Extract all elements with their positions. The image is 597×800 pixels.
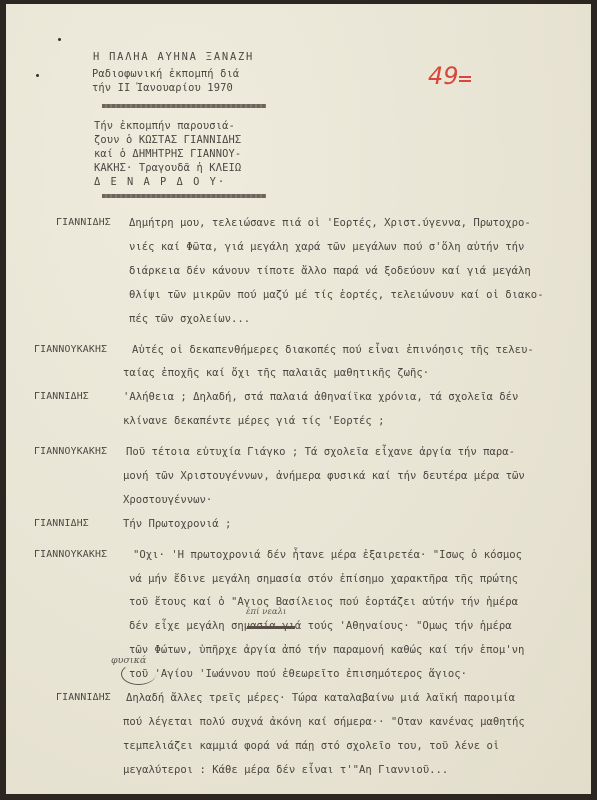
dialogue-line: Τήν Πρωτοχρονιά ; [123, 518, 231, 530]
page-number-underline [459, 80, 471, 82]
handwritten-insert: ἐπί νεαλι [246, 607, 286, 617]
dialogue-line: Αὐτές οἱ δεκαπενθήμερες διακοπές πού εἶν… [132, 344, 534, 356]
speaker-label: ΓΙΑΝΝΟΥΚΑΚΗΣ [34, 549, 107, 560]
margin-note-circle [121, 663, 156, 685]
staple-hole [36, 74, 39, 77]
dialogue-line: "Οχι· 'Η πρωτοχρονιά δέν ἦτανε μέρα ἐξαι… [133, 549, 522, 561]
credits-line: Τήν ἐκπομπήν παρουσιά- [94, 120, 235, 134]
dialogue-line: Δηλαδή ἄλλες τρεῖς μέρες· Τώρα καταλαβαί… [126, 692, 515, 704]
dialogue-line: 'Αλήθεια ; Δηλαδή, στά παλαιά ἀθηναίϊκα … [123, 391, 518, 403]
speaker-label: ΓΙΑΝΝΙΔΗΣ [34, 391, 89, 402]
dialogue-line: πού λέγεται πολύ συχνά ἀκόνη καί σήμερα·… [123, 716, 525, 728]
credits-line: ΚΑΚΗΣ· Τραγουδᾶ ἡ ΚΛΕΙΩ [94, 162, 241, 176]
document-date: τήν ΙΙ Ἰανουαρίου 1970 [92, 82, 233, 96]
dialogue-line: Δημήτρη μου, τελειώσανε πιά οἱ 'Εορτές, … [129, 217, 531, 229]
speaker-label: ΓΙΑΝΝΙΔΗΣ [34, 518, 89, 529]
speaker-label: ΓΙΑΝΝΟΥΚΑΚΗΣ [34, 446, 107, 457]
document-subtitle: Ραδιοφωνική ἐκπομπή διά [92, 68, 239, 82]
dialogue-line: τοῦ 'Αγίου 'Ιωάννου πού ἐθεωρεῖτο ἐπισημ… [129, 668, 467, 680]
dialogue-line: κλίνανε δεκαπέντε μέρες γιά τίς 'Εορτές … [123, 415, 385, 427]
credits-line: Δ Ε Ν Α Ρ Δ Ο Υ· [94, 176, 226, 190]
strikethrough-mark [247, 626, 295, 629]
dialogue-line: ταίας ἐποχῆς καί ὄχι τῆς παλαιᾶς μαθητικ… [123, 367, 429, 379]
dialogue-line: τοῦ ἔτους καί ὁ "Αγιος Βασίλειος πού ἑορ… [129, 596, 518, 608]
speaker-label: ΓΙΑΝΝΙΔΗΣ [56, 217, 111, 228]
credits-line: καί ὁ ΔΗΜΗΤΡΗΣ ΓΙΑΝΝΟΥ- [94, 148, 241, 162]
document-title: Η ΠΑΛΗΑ ΑΥΗΝΑ ΞΑΝΑΖΗ [93, 51, 254, 65]
header-rule [102, 104, 266, 108]
page-number-underline [459, 76, 471, 78]
dialogue-line: διάρκεια δέν κάνουν τίποτε ἄλλο παρά νά … [129, 265, 531, 277]
dialogue-line: δέν εἶχε μεγάλη σημασία γιά τούς 'Αθηναί… [129, 620, 512, 632]
credits-line: ζουν ὁ ΚΩΣΤΑΣ ΓΙΑΝΝΙΔΗΣ [94, 134, 241, 148]
dialogue-line: τῶν Φώτων, ὑπῆρχε ἀργία ἀπό τήν παραμονή… [129, 644, 524, 656]
staple-hole [58, 38, 61, 41]
page-number-annotation: 49 [428, 62, 459, 90]
dialogue-line: θλίψι τῶν μικρῶν πού μαζύ μέ τίς ἑορτές,… [129, 289, 544, 301]
speaker-label: ΓΙΑΝΝΙΔΗΣ [56, 692, 111, 703]
dialogue-line: τεμπελιάζει καμμιά φορά νά πάῃ στό σχολε… [123, 740, 499, 752]
dialogue-line: πές τῶν σχολείων... [129, 313, 250, 325]
credits-rule [102, 194, 266, 198]
speaker-label: ΓΙΑΝΝΟΥΚΑΚΗΣ [34, 344, 107, 355]
dialogue-line: μονή τῶν Χριστουγέννων, ἀνήμερα φυσικά κ… [123, 470, 525, 482]
dialogue-line: Χροστουγέννων· [123, 494, 212, 506]
document-page: Η ΠΑΛΗΑ ΑΥΗΝΑ ΞΑΝΑΖΗ Ραδιοφωνική ἐκπομπή… [6, 4, 591, 794]
dialogue-line: μεγαλύτεροι : Κάθε μέρα δέν εἶναι τ'"Αη … [123, 764, 448, 776]
dialogue-line: νά μήν ἔδινε μεγάλη σημασία στόν ἐπίσημο… [129, 573, 518, 585]
dialogue-line: νιές καί Φῶτα, γιά μεγάλη χαρά τῶν μεγάλ… [129, 241, 524, 253]
dialogue-line: Ποῦ τέτοια εὐτυχία Γιάγκο ; Τά σχολεῖα ε… [126, 446, 515, 458]
